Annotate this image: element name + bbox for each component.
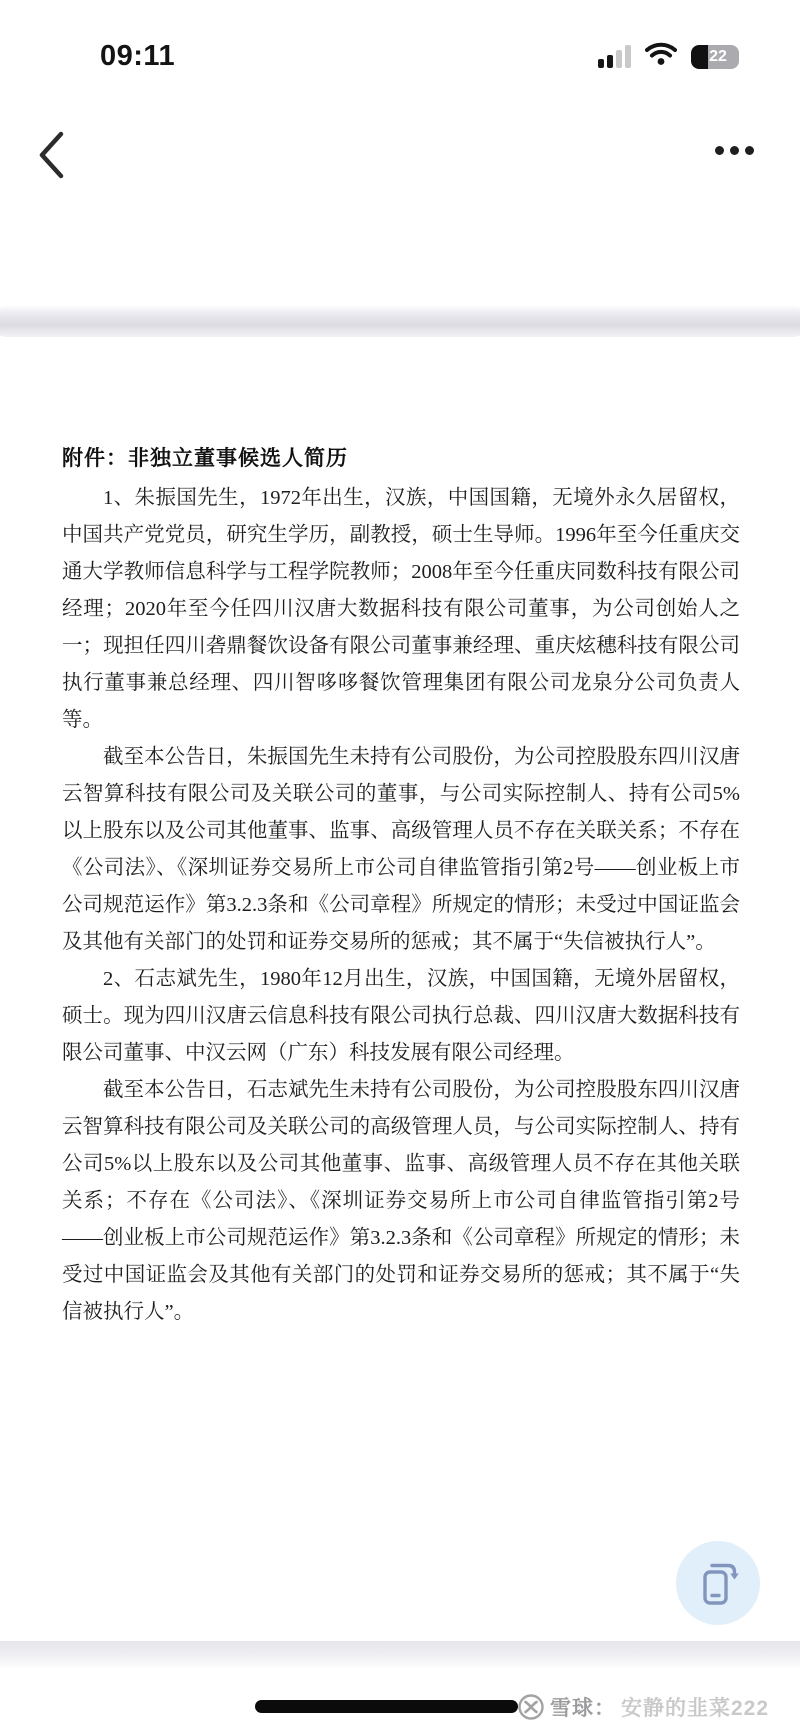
ellipsis-icon [715, 146, 724, 155]
nav-bar [0, 110, 800, 190]
status-icons: 22 [598, 42, 730, 71]
document-page[interactable]: 附件：非独立董事候选人简历 1、朱振国先生，1972年出生，汉族，中国国籍，无境… [62, 440, 740, 1331]
watermark-source: 雪球： [550, 1692, 616, 1722]
watermark-username: 安静的韭菜222 [621, 1692, 769, 1722]
battery-icon: 22 [691, 45, 730, 69]
home-indicator[interactable] [255, 1700, 518, 1713]
rotate-screen-button[interactable] [676, 1541, 760, 1625]
rotate-phone-icon [692, 1557, 744, 1609]
paragraph-zhu-bio: 1、朱振国先生，1972年出生，汉族，中国国籍，无境外永久居留权，中国共产党党员… [62, 480, 740, 739]
battery-percent: 22 [709, 48, 727, 66]
page-separator [0, 306, 800, 337]
back-button[interactable] [30, 128, 74, 184]
more-options-button[interactable] [715, 146, 754, 155]
cellular-signal-icon [598, 45, 631, 68]
chevron-left-icon [35, 129, 69, 181]
status-bar: 09:11 22 [0, 0, 800, 90]
wifi-icon [645, 42, 677, 71]
clock: 09:11 [100, 40, 175, 73]
bottom-page-separator [0, 1641, 800, 1667]
document-viewer-screen: 09:11 22 [0, 0, 800, 1734]
paragraph-shi-statement: 截至本公告日，石志斌先生未持有公司股份，为公司控股股东四川汉唐云智算科技有限公司… [62, 1072, 740, 1331]
xueqiu-logo-icon [517, 1693, 545, 1721]
watermark: 雪球： 安静的韭菜222 [517, 1690, 769, 1724]
attachment-heading: 附件：非独立董事候选人简历 [62, 440, 740, 477]
paragraph-zhu-statement: 截至本公告日，朱振国先生未持有公司股份，为公司控股股东四川汉唐云智算科技有限公司… [62, 739, 740, 961]
paragraph-shi-bio: 2、石志斌先生，1980年12月出生，汉族，中国国籍，无境外居留权，硕士。现为四… [62, 961, 740, 1072]
